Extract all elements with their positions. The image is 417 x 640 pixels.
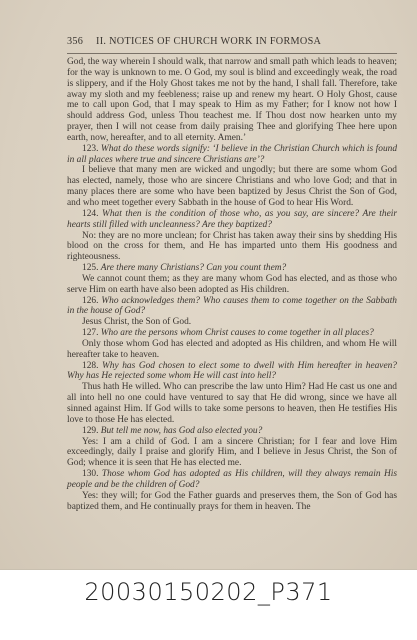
paragraph-prayer-end: God, the way wherein I should walk, that… [67, 57, 397, 144]
question-123: 123. What do these words signify: ‘I bel… [67, 144, 397, 166]
answer-126: Jesus Christ, the Son of God. [67, 317, 397, 328]
answer-125: We cannot count them; as they are many w… [67, 274, 397, 296]
question-126: 126. Who acknowledges them? Who causes t… [67, 296, 397, 318]
running-head-title: II. NOTICES OF CHURCH WORK IN FORMOSA [96, 36, 321, 47]
answer-123: I believe that many men are wicked and u… [67, 165, 397, 208]
question-129: 129. But tell me now, has God also elect… [67, 426, 397, 437]
image-id-caption: 20030150202_P371 [0, 578, 417, 606]
running-header: 356 II. NOTICES OF CHURCH WORK IN FORMOS… [67, 36, 397, 47]
question-130: 130. Those whom God has adopted as His c… [67, 469, 397, 491]
scanned-book-page: 356 II. NOTICES OF CHURCH WORK IN FORMOS… [0, 0, 417, 570]
page-body: God, the way wherein I should walk, that… [67, 57, 397, 512]
question-125: 125. Are there many Christians? Can you … [67, 263, 397, 274]
page-number: 356 [67, 36, 83, 47]
answer-124: No: they are no more unclean; for Christ… [67, 231, 397, 264]
answer-128: Thus hath He willed. Who can prescribe t… [67, 382, 397, 425]
answer-130: Yes: they will; for God the Father guard… [67, 491, 397, 513]
answer-127: Only those whom God has elected and adop… [67, 339, 397, 361]
question-128: 128. Why has God chosen to elect some to… [67, 361, 397, 383]
header-rule [67, 53, 397, 54]
question-127: 127. Who are the persons whom Christ cau… [67, 328, 397, 339]
question-124: 124. What then is the condition of those… [67, 209, 397, 231]
answer-129: Yes: I am a child of God. I am a sincere… [67, 437, 397, 470]
